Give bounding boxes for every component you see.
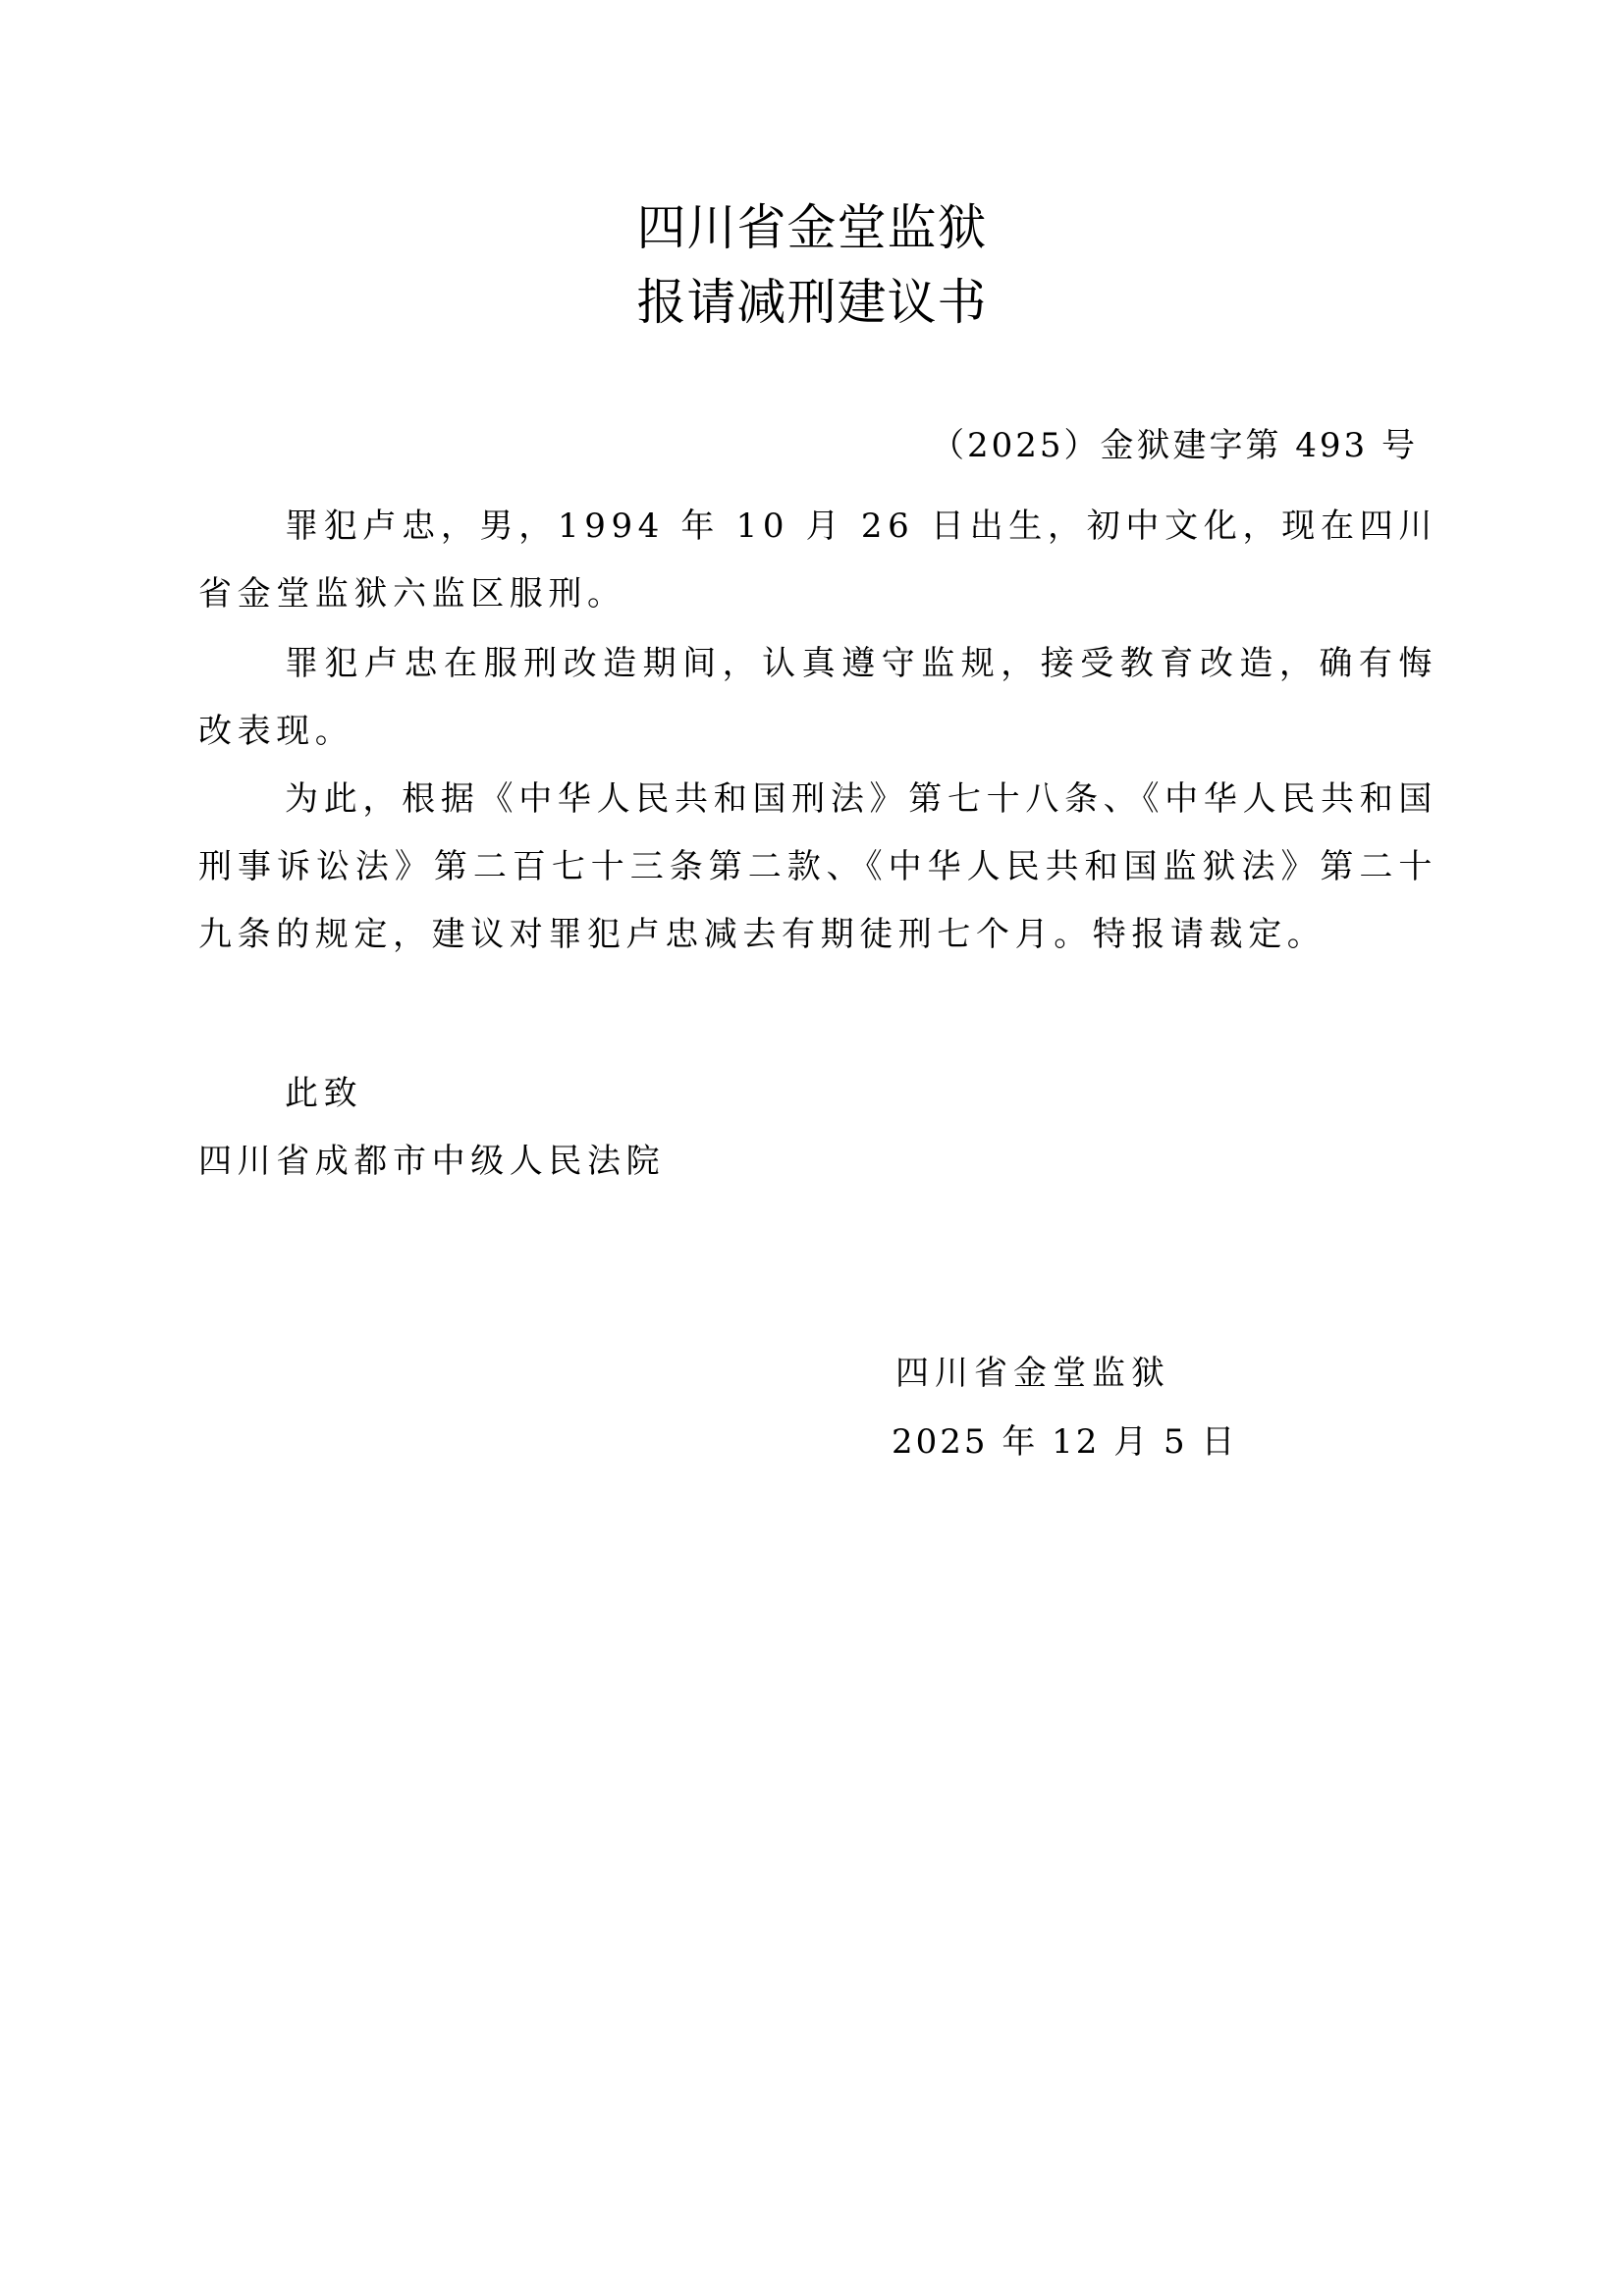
document-number: （2025）金狱建字第 493 号 <box>931 422 1418 469</box>
signature-organization: 四川省金堂监狱 <box>895 1345 1170 1402</box>
document-title-type: 报请减刑建议书 <box>0 267 1624 338</box>
document-title-issuer: 四川省金堂监狱 <box>0 192 1624 263</box>
document-page: 四川省金堂监狱 报请减刑建议书 （2025）金狱建字第 493 号 罪犯卢忠，男… <box>0 0 1624 2296</box>
recipient-court: 四川省成都市中级人民法院 <box>198 1128 665 1196</box>
paragraph-personal-info: 罪犯卢忠，男，1994 年 10 月 26 日出生，初中文化，现在四川省金堂监狱… <box>198 493 1437 628</box>
paragraph-conduct: 罪犯卢忠在服刑改造期间，认真遵守监规，接受教育改造，确有悔改表现。 <box>198 630 1437 766</box>
closing-salutation: 此致 <box>285 1060 362 1128</box>
paragraph-legal-basis: 为此，根据《中华人民共和国刑法》第七十八条、《中华人民共和国刑事诉讼法》第二百七… <box>198 766 1437 969</box>
signature-date: 2025 年 12 月 5 日 <box>892 1414 1237 1470</box>
